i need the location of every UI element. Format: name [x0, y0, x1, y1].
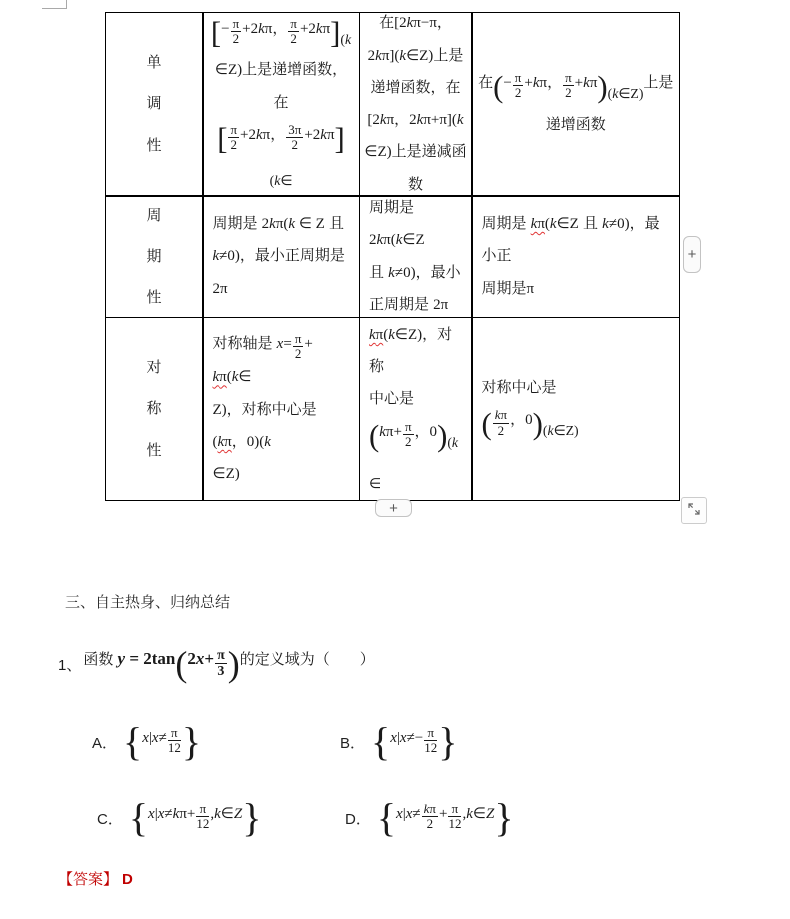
- cell-cos-monotonicity: 在[2kπ−π，2kπ](k∈Z)上是递增函数，在[2kπ，2kπ+π](k∈Z…: [360, 13, 471, 195]
- cell-sin-periodicity: 周期是 2kπ(k ∈ Z 且k≠0)，最小正周期是 2π: [204, 197, 359, 317]
- option-d-label: D．: [345, 808, 371, 829]
- answer-line: 【答案】D: [58, 868, 133, 889]
- option-c: C． {x|x≠kπ+π12,k∈Z}: [97, 786, 261, 850]
- plus-icon: +: [688, 247, 697, 262]
- cell-tan-monotonicity: 在(−π2+kπ，π2+kπ)(k∈Z)上是递增函数: [473, 13, 680, 195]
- plus-icon: +: [389, 501, 398, 516]
- add-column-button[interactable]: +: [683, 236, 701, 273]
- cell-tan-periodicity: 周期是 kπ(k∈Z 且 k≠0)，最小正周期是π: [473, 197, 680, 317]
- margin-crop-mark: [42, 0, 67, 9]
- option-d-formula: {x|x≠kπ2+π12,k∈Z}: [377, 800, 514, 836]
- option-a-label: A．: [92, 732, 117, 753]
- row-header-monotonicity: 单调性: [106, 13, 202, 195]
- cell-cos-periodicity: 周期是 2kπ(k∈Z且 k≠0)，最小正周期是 2π: [360, 197, 471, 317]
- section-heading: 三、自主热身、归纳总结: [65, 591, 230, 612]
- resize-diagonal-icon: [686, 501, 702, 520]
- cell-cos-symmetry: 对称轴是 x=kπ(k∈Z)，对称中心是(kπ+π2，0)(k ∈Z): [360, 318, 471, 500]
- document-page: 单调性 在[−π2+2kπ，π2+2kπ](k∈Z)上是递增函数，在[π2+2k…: [0, 0, 790, 919]
- row-header-periodicity: 周期性: [106, 197, 202, 317]
- row-header-symmetry: 对称性: [106, 318, 202, 500]
- trig-properties-table: 单调性 在[−π2+2kπ，π2+2kπ](k∈Z)上是递增函数，在[π2+2k…: [105, 12, 680, 501]
- option-b-label: B．: [340, 732, 365, 753]
- question-1: 1、 函数 y = 2tan(2x+π3)的定义域为（ ）: [58, 634, 375, 694]
- table-resize-button[interactable]: [681, 497, 707, 524]
- option-c-formula: {x|x≠kπ+π12,k∈Z}: [129, 800, 262, 836]
- option-a-formula: {x|x≠π12}: [123, 724, 201, 760]
- option-b: B． {x|x≠−π12}: [340, 712, 457, 772]
- question-number: 1、: [58, 654, 81, 675]
- answer-value: D: [122, 871, 133, 888]
- cell-sin-monotonicity: 在[−π2+2kπ，π2+2kπ](k∈Z)上是递增函数，在[π2+2kπ，3π…: [204, 13, 359, 195]
- option-a: A． {x|x≠π12}: [92, 712, 201, 772]
- cell-tan-symmetry: 对称中心是(kπ2，0)(k∈Z): [473, 318, 680, 500]
- add-row-button[interactable]: +: [375, 499, 412, 517]
- option-b-formula: {x|x≠−π12}: [371, 724, 457, 760]
- option-d: D． {x|x≠kπ2+π12,k∈Z}: [345, 786, 514, 850]
- answer-label: 【答案】: [58, 871, 118, 888]
- question-formula: 函数 y = 2tan(2x+π3)的定义域为（ ）: [83, 648, 374, 680]
- option-c-label: C．: [97, 808, 123, 829]
- cell-sin-symmetry: 对称轴是 x=π2+ kπ(k∈Z)，对称中心是(kπ，0)(k∈Z): [204, 318, 359, 500]
